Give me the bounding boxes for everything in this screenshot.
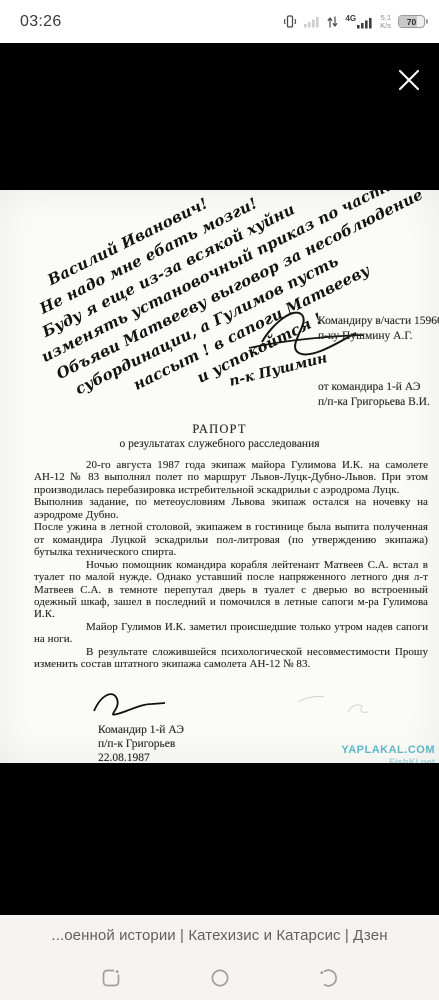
sender-block: от командира 1-й АЭ п/п-ка Григорьева В.… [318, 380, 439, 410]
signature-line: Командир 1-й АЭ [98, 723, 184, 737]
close-button[interactable] [394, 65, 424, 95]
signature-line: 22.08.1987 [98, 751, 184, 763]
network-speed-unit: K/s [380, 22, 391, 30]
clock: 03:26 [20, 13, 62, 31]
report-paragraph: Майор Гулимов И.К. заметил происшедшие т… [34, 621, 428, 646]
recents-button[interactable] [99, 966, 123, 990]
report-body: 20-го августа 1987 года экипаж майора Гу… [34, 459, 428, 671]
addressee-line: Командиру в/части 15966 [318, 314, 439, 329]
signature-line: п/п-к Григорьев [98, 737, 184, 751]
home-icon [209, 967, 231, 989]
vibrate-icon [283, 14, 297, 29]
report-paragraph: 20-го августа 1987 года экипаж майора Гу… [34, 459, 428, 496]
phone-screen: 03:26 4G [0, 0, 439, 1000]
signal-sim2-icon [357, 15, 373, 29]
addressee-line: п-ку Пушмину А.Г. [318, 329, 439, 344]
battery-icon: 70 [398, 15, 425, 28]
site-watermark: YAPLAKAL.COM FishKi.net [341, 744, 435, 763]
signal-sim1-icon [304, 15, 320, 28]
report-paragraph: После ужина в летной столовой, экипажем … [34, 521, 428, 558]
home-button[interactable] [208, 966, 232, 990]
signature-block: Командир 1-й АЭ п/п-к Григорьев 22.08.19… [98, 723, 184, 763]
report-paragraph: Выполнив задание, по метеоусловиям Львов… [34, 496, 428, 521]
watermark-primary: YAPLAKAL.COM [341, 744, 435, 756]
network-activity-icon [327, 15, 338, 29]
sender-line: от командира 1-й АЭ [318, 380, 439, 395]
caption-bar[interactable]: ...оенной истории | Катехизис и Катарсис… [0, 915, 439, 955]
scanned-document[interactable]: Василий Иванович! Не надо мне ебать мозг… [0, 190, 439, 763]
network-type-label: 4G [345, 14, 356, 23]
status-bar: 03:26 4G [0, 0, 439, 43]
report-paragraph: Ночью помощник командира корабля лейтена… [34, 559, 428, 621]
back-icon [317, 967, 339, 989]
sender-line: п/п-ка Григорьева В.И. [318, 395, 439, 410]
report-subtitle: о результатах служебного расследования [0, 438, 439, 450]
report-title: РАПОРТ [0, 422, 439, 437]
signal-sim2-4g: 4G [345, 14, 373, 29]
back-button[interactable] [316, 966, 340, 990]
image-caption: ...оенной истории | Катехизис и Катарсис… [51, 927, 387, 944]
battery-percent: 70 [407, 17, 416, 27]
system-nav-bar [0, 955, 439, 1000]
close-icon [394, 65, 424, 95]
image-viewer-bottom-band [0, 763, 439, 915]
report-paragraph: В результате сложившейся психологической… [34, 646, 428, 671]
recents-icon [100, 967, 122, 989]
network-speed: 5,1 K/s [380, 14, 391, 30]
addressee-block: Командиру в/части 15966 п-ку Пушмину А.Г… [318, 314, 439, 344]
image-viewer-top-band [0, 43, 439, 190]
